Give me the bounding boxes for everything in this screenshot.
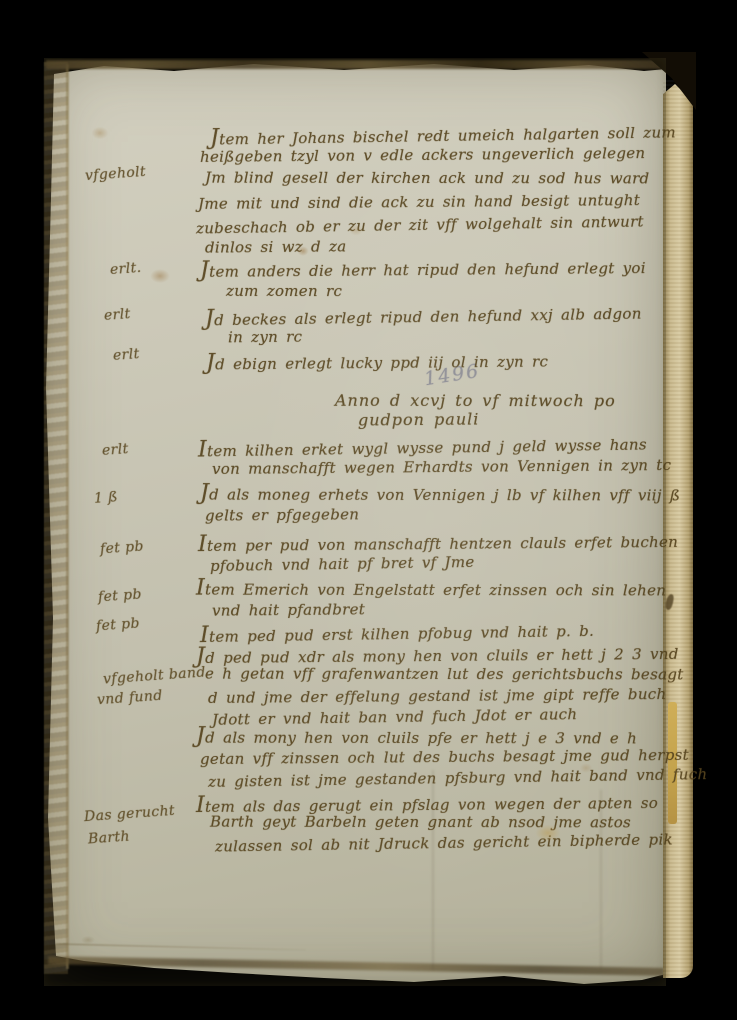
- deckle-edge-line: [66, 64, 69, 969]
- manuscript-line: in zyn rc: [228, 328, 302, 347]
- manuscript-line: Jm blind gesell der kirchen ack und zu s…: [205, 169, 649, 188]
- margin-note: 1 ß: [93, 489, 118, 507]
- manuscript-line: dinlos si wz d za: [205, 237, 347, 256]
- margin-note: erlt: [112, 346, 140, 364]
- date-heading-line: Anno d xcvj to vf mitwoch po: [335, 391, 616, 410]
- manuscript-line: Item Emerich von Engelstatt erfet zinsse…: [196, 576, 666, 602]
- margin-note: erlt: [103, 306, 131, 324]
- margin-note: fet pb: [97, 586, 142, 605]
- manuscript-line: vnd hait pfandbret: [212, 600, 365, 619]
- manuscript-line: e h getan vff grafenwantzen lut des geri…: [205, 665, 684, 684]
- manuscript-line: Jtem anders die herr hat ripud den hefun…: [200, 254, 646, 283]
- margin-note: erlt: [101, 441, 129, 459]
- margin-note: erlt.: [109, 260, 142, 278]
- manuscript-line: Jd ebign erlegt lucky ppd iij ol in zyn …: [206, 348, 548, 376]
- manuscript-line: gelts er pfgegeben: [205, 505, 359, 524]
- manuscript-line: Jme mit und sind die ack zu sin hand bes…: [198, 191, 640, 213]
- page-top-dirty-edge: [46, 60, 664, 69]
- margin-note: Barth: [87, 829, 130, 848]
- manuscript-line: Jd als mony hen von cluils pfe er hett j…: [196, 724, 637, 750]
- manuscript-photo: vfgeholt erlt. erlt erlt erlt 1 ß fet pb…: [0, 0, 737, 1020]
- margin-note: fet pb: [99, 538, 144, 557]
- deckle-left-edge: [44, 62, 68, 974]
- manuscript-line: Jd als moneg erhets von Vennigen j lb vf…: [200, 481, 680, 507]
- manuscript-line: Barth geyt Barbeln geten gnant ab nsod j…: [210, 813, 631, 832]
- date-heading-line: gudpon pauli: [358, 409, 480, 429]
- margin-note: fet pb: [95, 615, 140, 634]
- manuscript-line: zum zomen rc: [226, 282, 342, 300]
